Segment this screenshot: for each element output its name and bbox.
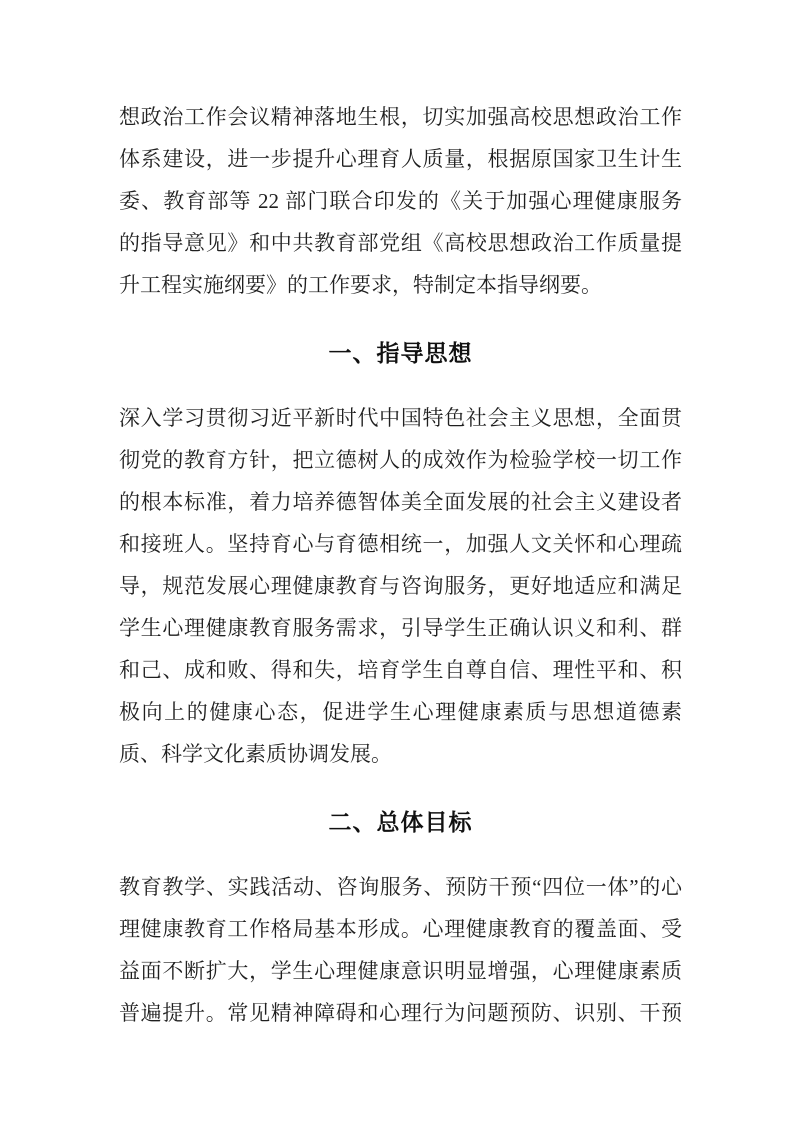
body-text-line: 理健康教育工作格局基本形成。心理健康教育的覆盖面、受 (119, 908, 682, 950)
paragraph-continuation: 想政治工作会议精神落地生根，切实加强高校思想政治工作 体系建设，进一步提升心理育… (119, 96, 682, 306)
body-text-line: 委、教育部等 22 部门联合印发的《关于加强心理健康服务 (119, 180, 682, 222)
document-page: 想政治工作会议精神落地生根，切实加强高校思想政治工作 体系建设，进一步提升心理育… (0, 0, 793, 1122)
body-text-line: 深入学习贯彻习近平新时代中国特色社会主义思想，全面贯 (119, 397, 682, 439)
body-text-line: 教育教学、实践活动、咨询服务、预防干预“四位一体”的心 (119, 866, 682, 908)
body-text-line: 和接班人。坚持育心与育德相统一，加强人文关怀和心理疏 (119, 523, 682, 565)
body-text-line: 的指导意见》和中共教育部党组《高校思想政治工作质量提 (119, 222, 682, 264)
body-text-line: 的根本标准，着力培养德智体美全面发展的社会主义建设者 (119, 481, 682, 523)
paragraph-overall-goals: 教育教学、实践活动、咨询服务、预防干预“四位一体”的心 理健康教育工作格局基本形… (119, 866, 682, 1034)
body-text-line: 升工程实施纲要》的工作要求，特制定本指导纲要。 (119, 264, 682, 306)
body-text-line: 体系建设，进一步提升心理育人质量，根据原国家卫生计生 (119, 138, 682, 180)
section-heading-overall-goals: 二、总体目标 (119, 801, 682, 843)
section-heading-guiding-ideology: 一、指导思想 (119, 332, 682, 374)
body-text-line: 导，规范发展心理健康教育与咨询服务，更好地适应和满足 (119, 565, 682, 607)
body-text-line: 和己、成和败、得和失，培育学生自尊自信、理性平和、积 (119, 649, 682, 691)
paragraph-guiding-ideology: 深入学习贯彻习近平新时代中国特色社会主义思想，全面贯 彻党的教育方针，把立德树人… (119, 397, 682, 775)
body-text-line: 质、科学文化素质协调发展。 (119, 733, 682, 775)
body-text-line: 想政治工作会议精神落地生根，切实加强高校思想政治工作 (119, 96, 682, 138)
body-text-line: 普遍提升。常见精神障碍和心理行为问题预防、识别、干预 (119, 992, 682, 1034)
body-text-line: 学生心理健康教育服务需求，引导学生正确认识义和利、群 (119, 607, 682, 649)
body-text-line: 彻党的教育方针，把立德树人的成效作为检验学校一切工作 (119, 439, 682, 481)
body-text-line: 益面不断扩大，学生心理健康意识明显增强，心理健康素质 (119, 950, 682, 992)
document-body: 想政治工作会议精神落地生根，切实加强高校思想政治工作 体系建设，进一步提升心理育… (119, 96, 682, 1034)
body-text-line: 极向上的健康心态，促进学生心理健康素质与思想道德素 (119, 691, 682, 733)
